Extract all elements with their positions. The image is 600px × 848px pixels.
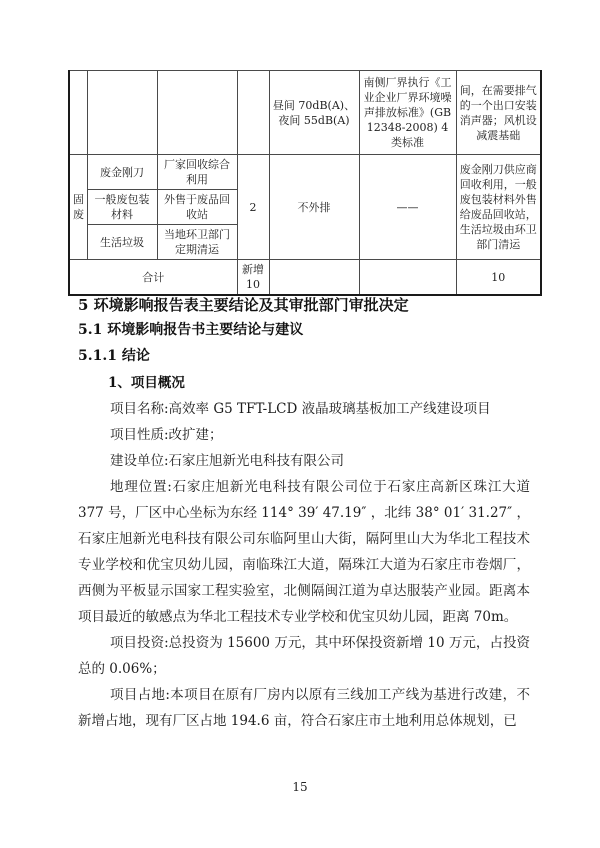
page-number: 15 [0,780,600,794]
report-body: 5 环境影响报告表主要结论及其审批部门审批决定 5.1 环境影响报告书主要结论与… [78,282,530,734]
waste-standard-cell: —— [359,155,456,260]
waste-emission-cell: 不外排 [269,155,359,260]
paragraph-investment: 项目投资:总投资为 15600 万元，其中环保投资新增 10 万元，占投资总的 … [78,630,530,682]
paragraph-project-name: 项目名称:高效率 G5 TFT-LCD 液晶玻璃基板加工产线建设项目 [78,396,530,422]
solid-waste-category-cell: 固废 [69,155,87,260]
waste-disposal-cell: 外售于废品回收站 [157,190,237,225]
empty-cell [157,71,237,155]
section-heading-5: 5 环境影响报告表主要结论及其审批部门审批决定 [78,294,530,316]
section-heading-5-1: 5.1 环境影响报告书主要结论与建议 [78,318,530,342]
empty-cell [69,71,87,155]
environmental-measures-table: 昼间 70dB(A)、夜间 55dB(A) 南侧厂界执行《工业企业厂界环境噪声排… [68,70,542,296]
empty-cell [237,71,269,155]
table-row-solid-waste-1: 固废 废金刚刀 厂家回收综合利用 2 不外排 —— 废金刚刀供应商回收利用，一般… [69,155,541,190]
noise-measure-cell: 间，在需要排气的一个出口安装消声器；风机设减震基础 [456,71,541,155]
waste-name-cell: 一般废包装材料 [87,190,157,225]
document-page: 昼间 70dB(A)、夜间 55dB(A) 南侧厂界执行《工业企业厂界环境噪声排… [0,0,600,848]
section-heading-5-1-1: 5.1.1 结论 [78,344,530,368]
paragraph-location: 地理位置:石家庄旭新光电科技有限公司位于石家庄高新区珠江大道 377 号，厂区中… [78,474,530,630]
table-row-noise: 昼间 70dB(A)、夜间 55dB(A) 南侧厂界执行《工业企业厂界环境噪声排… [69,71,541,155]
sub-heading-project-overview: 1、项目概况 [108,370,530,396]
empty-cell [87,71,157,155]
waste-disposal-cell: 厂家回收综合利用 [157,155,237,190]
waste-name-cell: 废金刚刀 [87,155,157,190]
waste-disposal-cell: 当地环卫部门定期清运 [157,225,237,260]
paragraph-project-nature: 项目性质:改扩建； [78,422,530,448]
paragraph-land-use: 项目占地:本项目在原有厂房内以原有三线加工产线为基进行改建，不新增占地，现有厂区… [78,682,530,734]
waste-name-cell: 生活垃圾 [87,225,157,260]
waste-amount-cell: 2 [237,155,269,260]
paragraph-construction-unit: 建设单位:石家庄旭新光电科技有限公司 [78,448,530,474]
noise-limit-cell: 昼间 70dB(A)、夜间 55dB(A) [269,71,359,155]
noise-standard-cell: 南侧厂界执行《工业企业厂界环境噪声排放标准》(GB12348-2008) 4 类… [359,71,456,155]
waste-measure-cell: 废金刚刀供应商回收利用，一般废包装材料外售给废品回收站，生活垃圾由环卫部门清运 [456,155,541,260]
